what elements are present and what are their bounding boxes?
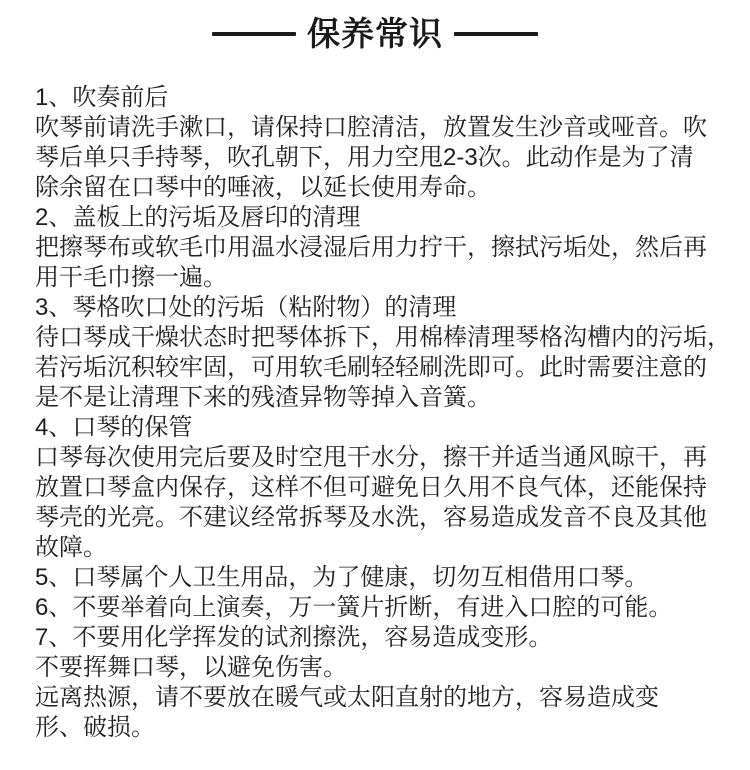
section-3-heading: 3、琴格吹口处的污垢（粘附物）的清理	[35, 293, 740, 323]
text-line: 待口琴成干燥状态时把琴体拆下，用棉棒清理琴格沟槽内的污垢，	[35, 323, 740, 353]
text-line: 放置口琴盒内保存，这样不但可避免日久用不良气体，还能保持	[35, 473, 740, 503]
page-header: 保养常识	[0, 0, 750, 52]
text-line: 若污垢沉积较牢固，可用软毛刷轻轻刷洗即可。此时需要注意的	[35, 353, 740, 383]
maintenance-notice-page: 保养常识 1、吹奏前后 吹琴前请洗手漱口，请保持口腔清洁，放置发生沙音或哑音。吹…	[0, 0, 750, 770]
text-line: 吹琴前请洗手漱口，请保持口腔清洁，放置发生沙音或哑音。吹	[35, 113, 740, 143]
section-5-line: 5、口琴属个人卫生用品，为了健康，切勿互相借用口琴。	[35, 563, 740, 593]
text-line: 琴壳的光亮。不建议经常拆琴及水洗，容易造成发音不良及其他	[35, 503, 740, 533]
text-line: 把擦琴布或软毛巾用温水浸湿后用力拧干，擦拭污垢处，然后再	[35, 233, 740, 263]
section-2-heading: 2、盖板上的污垢及唇印的清理	[35, 203, 740, 233]
text-line: 形、破损。	[35, 713, 740, 743]
instructions-text: 1、吹奏前后 吹琴前请洗手漱口，请保持口腔清洁，放置发生沙音或哑音。吹 琴后单只…	[0, 83, 750, 743]
section-7-line: 7、不要用化学挥发的试剂擦洗，容易造成变形。	[35, 623, 740, 653]
text-line: 琴后单只手持琴，吹孔朝下，用力空甩2-3次。此动作是为了清	[35, 143, 740, 173]
text-line: 用干毛巾擦一遍。	[35, 263, 740, 293]
section-1-heading: 1、吹奏前后	[35, 83, 740, 113]
text-line: 远离热源，请不要放在暖气或太阳直射的地方，容易造成变	[35, 683, 740, 713]
section-6-line: 6、不要举着向上演奏，万一簧片折断，有进入口腔的可能。	[35, 593, 740, 623]
text-line: 是不是让清理下来的残渣异物等掉入音簧。	[35, 383, 740, 413]
title-rule-left	[212, 32, 296, 36]
title-rule-right	[454, 32, 538, 36]
text-line: 不要挥舞口琴，以避免伤害。	[35, 653, 740, 683]
section-4-heading: 4、口琴的保管	[35, 413, 740, 443]
text-line: 故障。	[35, 533, 740, 563]
text-line: 除余留在口琴中的唾液，以延长使用寿命。	[35, 173, 740, 203]
text-line: 口琴每次使用完后要及时空甩干水分，擦干并适当通风晾干，再	[35, 443, 740, 473]
page-title: 保养常识	[307, 16, 443, 52]
